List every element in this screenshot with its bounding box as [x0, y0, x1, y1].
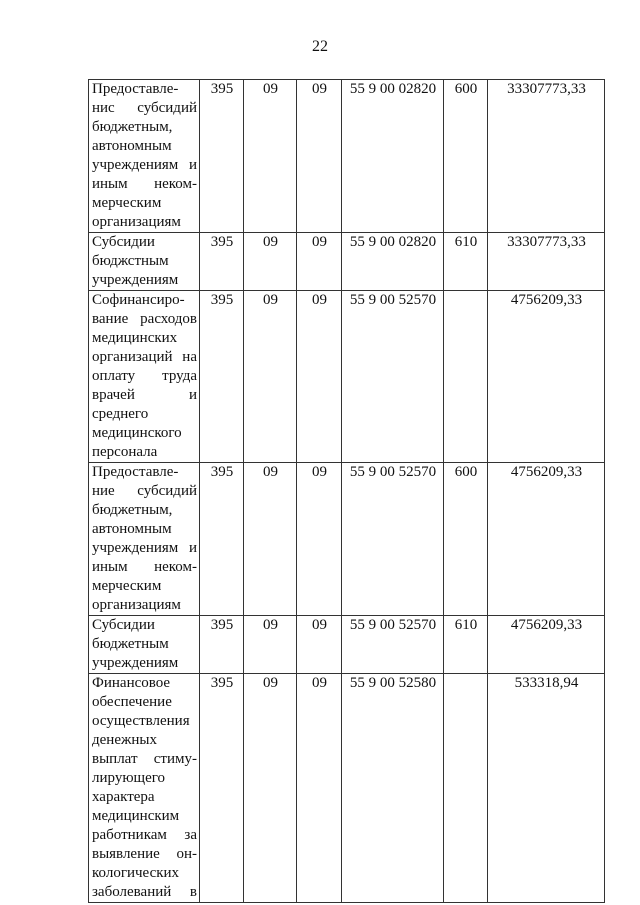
item-name-line: вание расходов	[92, 310, 197, 329]
table-row: Субсидиибюджстнымучреждениям395090955 9 …	[89, 233, 605, 291]
ministry-code-cell: 395	[200, 674, 244, 903]
item-name-line: организациям	[92, 596, 197, 615]
item-name-line: Предоставле-	[92, 463, 197, 482]
item-name-line: ние субсидий	[92, 482, 197, 501]
item-name-line: характера	[92, 788, 197, 807]
amount-cell: 4756209,33	[488, 616, 605, 674]
item-name-line: мерческим	[92, 577, 197, 596]
table-row: Субсидиибюджетнымучреждениям395090955 9 …	[89, 616, 605, 674]
table-row: Софинансиро-вание расходовмедицинскихорг…	[89, 291, 605, 463]
item-name-line: организациям	[92, 213, 197, 232]
target-article-cell: 55 9 00 52570	[342, 463, 444, 616]
item-name-line: автономным	[92, 137, 197, 156]
section-code-cell: 09	[244, 463, 297, 616]
item-name-line: автономным	[92, 520, 197, 539]
item-name-line: Субсидии	[92, 616, 197, 635]
expense-type-cell: 610	[444, 616, 488, 674]
ministry-code-cell: 395	[200, 463, 244, 616]
item-name-cell: Предоставле-нис субсидийбюджетным,автоно…	[89, 80, 200, 233]
expense-type-cell: 600	[444, 463, 488, 616]
page-number: 22	[0, 38, 640, 56]
subsection-code-cell: 09	[297, 291, 342, 463]
item-name-line: иным неком-	[92, 175, 197, 194]
section-code-cell: 09	[244, 80, 297, 233]
item-name-cell: Софинансиро-вание расходовмедицинскихорг…	[89, 291, 200, 463]
section-code-cell: 09	[244, 616, 297, 674]
budget-table: Предоставле-нис субсидийбюджетным,автоно…	[88, 79, 605, 903]
item-name-line: бюджетным	[92, 635, 197, 654]
target-article-cell: 55 9 00 52570	[342, 291, 444, 463]
target-article-cell: 55 9 00 02820	[342, 233, 444, 291]
item-name-cell: Субсидиибюджетнымучреждениям	[89, 616, 200, 674]
item-name-line: лирующего	[92, 769, 197, 788]
amount-cell: 4756209,33	[488, 291, 605, 463]
item-name-line: кологических	[92, 864, 197, 883]
subsection-code-cell: 09	[297, 80, 342, 233]
table-row: Финансовоеобеспечениеосуществленияденежн…	[89, 674, 605, 903]
item-name-cell: Предоставле-ние субсидийбюджетным,автоно…	[89, 463, 200, 616]
section-code-cell: 09	[244, 233, 297, 291]
amount-cell: 33307773,33	[488, 80, 605, 233]
amount-cell: 33307773,33	[488, 233, 605, 291]
subsection-code-cell: 09	[297, 463, 342, 616]
item-name-line: среднего	[92, 405, 197, 424]
item-name-line: бюджетным,	[92, 501, 197, 520]
item-name-line: обеспечение	[92, 693, 197, 712]
expense-type-cell	[444, 291, 488, 463]
item-name-line: мерческим	[92, 194, 197, 213]
expense-type-cell: 600	[444, 80, 488, 233]
ministry-code-cell: 395	[200, 233, 244, 291]
item-name-line: учреждениям	[92, 271, 197, 290]
item-name-line: учреждениям	[92, 654, 197, 673]
item-name-line: медицинского	[92, 424, 197, 443]
section-code-cell: 09	[244, 674, 297, 903]
table-row: Предоставле-ние субсидийбюджетным,автоно…	[89, 463, 605, 616]
expense-type-cell	[444, 674, 488, 903]
ministry-code-cell: 395	[200, 291, 244, 463]
item-name-line: оплату труда	[92, 367, 197, 386]
item-name-line: организаций на	[92, 348, 197, 367]
item-name-line: персонала	[92, 443, 197, 462]
item-name-line: Софинансиро-	[92, 291, 197, 310]
subsection-code-cell: 09	[297, 674, 342, 903]
amount-cell: 4756209,33	[488, 463, 605, 616]
target-article-cell: 55 9 00 52580	[342, 674, 444, 903]
item-name-line: нис субсидий	[92, 99, 197, 118]
item-name-line: медицинским	[92, 807, 197, 826]
target-article-cell: 55 9 00 52570	[342, 616, 444, 674]
item-name-line: учреждениям и	[92, 539, 197, 558]
item-name-line: выплат стиму-	[92, 750, 197, 769]
item-name-line: врачей и	[92, 386, 197, 405]
item-name-line: Субсидии	[92, 233, 197, 252]
section-code-cell: 09	[244, 291, 297, 463]
item-name-line: бюджстным	[92, 252, 197, 271]
ministry-code-cell: 395	[200, 616, 244, 674]
item-name-line: выявление он-	[92, 845, 197, 864]
expense-type-cell: 610	[444, 233, 488, 291]
target-article-cell: 55 9 00 02820	[342, 80, 444, 233]
item-name-line: Финансовое	[92, 674, 197, 693]
item-name-line: бюджетным,	[92, 118, 197, 137]
item-name-cell: Финансовоеобеспечениеосуществленияденежн…	[89, 674, 200, 903]
item-name-line: работникам за	[92, 826, 197, 845]
item-name-line: медицинских	[92, 329, 197, 348]
item-name-line: денежных	[92, 731, 197, 750]
item-name-line: Предоставле-	[92, 80, 197, 99]
item-name-line: иным неком-	[92, 558, 197, 577]
ministry-code-cell: 395	[200, 80, 244, 233]
subsection-code-cell: 09	[297, 233, 342, 291]
subsection-code-cell: 09	[297, 616, 342, 674]
item-name-line: учреждениям и	[92, 156, 197, 175]
amount-cell: 533318,94	[488, 674, 605, 903]
table-row: Предоставле-нис субсидийбюджетным,автоно…	[89, 80, 605, 233]
item-name-line: осуществления	[92, 712, 197, 731]
item-name-line: заболеваний в	[92, 883, 197, 902]
item-name-cell: Субсидиибюджстнымучреждениям	[89, 233, 200, 291]
